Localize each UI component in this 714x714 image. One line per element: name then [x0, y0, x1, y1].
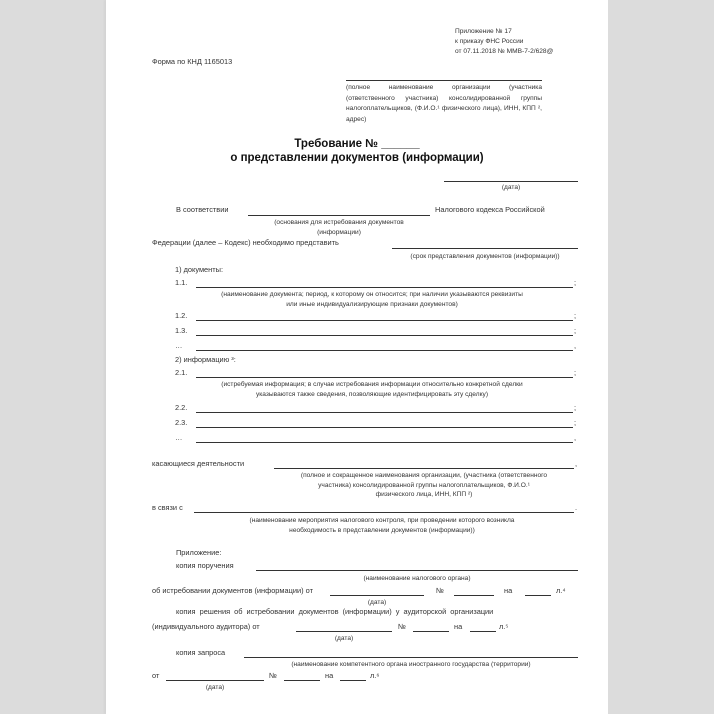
date-caption: (дата) — [444, 183, 578, 193]
doc-item-field[interactable] — [196, 320, 573, 321]
documents-caption: (наименование документа; период, к котор… — [166, 290, 578, 309]
caption-line: (основания для истребования документов — [248, 218, 430, 228]
recipient-field-line[interactable] — [346, 80, 542, 81]
basis-field-line[interactable] — [248, 215, 430, 216]
info-item-end: ; — [574, 403, 576, 412]
decision-sheets-label: л.⁵ — [499, 622, 508, 631]
doc-item-end: ; — [574, 311, 576, 320]
reason-caption: (наименование мероприятия налогового кон… — [186, 516, 578, 535]
caption-line: адрес) — [346, 115, 542, 126]
request-number-field[interactable] — [284, 680, 320, 681]
concerning-caption: (полное и сокращенное наименования орган… — [266, 471, 582, 500]
document-subtitle: о представлении документов (информации) — [106, 152, 608, 164]
doc-item-label: 1.3. — [175, 326, 187, 335]
caption-line: (наименование документа; период, к котор… — [166, 290, 578, 300]
decision-number-label: № — [398, 622, 406, 631]
request-date-prefix: от — [152, 671, 159, 680]
document-title: Требование № ______ — [106, 138, 608, 150]
order-number-field[interactable] — [454, 595, 494, 596]
order-copy-caption: (наименование налогового органа) — [256, 574, 578, 584]
caption-line: (ответственного участника) консолидирова… — [346, 94, 542, 105]
reason-prefix: в связи с — [152, 503, 183, 512]
info-item-end: ; — [574, 368, 576, 377]
doc-item-field[interactable] — [196, 335, 573, 336]
basis-prefix: В соответствии — [176, 205, 228, 214]
decision-copy-line: копия решения об истребовании документов… — [176, 607, 493, 616]
date-field-line[interactable] — [444, 181, 578, 182]
doc-item-label: … — [175, 341, 182, 350]
info-item-label: … — [175, 433, 182, 442]
caption-line: (полное наименование организации (участн… — [346, 83, 542, 94]
info-item-field[interactable] — [196, 377, 573, 378]
basis-caption: (основания для истребования документов (… — [248, 218, 430, 237]
request-date-caption: (дата) — [166, 683, 264, 693]
recipient-caption: (полное наименование организации (участн… — [346, 83, 542, 125]
doc-item-label: 1.2. — [175, 311, 187, 320]
decision-date-caption: (дата) — [296, 634, 392, 644]
concerning-end: , — [575, 459, 577, 468]
order-copy-prefix: копия поручения — [176, 561, 234, 570]
info-item-end: , — [574, 433, 576, 442]
info-item-field[interactable] — [196, 442, 573, 443]
info-item-field[interactable] — [196, 412, 573, 413]
caption-line: налогоплательщиков, (Ф.И.О.¹ физического… — [346, 104, 542, 115]
information-caption: (истребуемая информация; в случае истреб… — [166, 380, 578, 399]
basis-suffix: Налогового кодекса Российской — [435, 205, 545, 214]
decision-number-field[interactable] — [413, 631, 449, 632]
deadline-caption: (срок представления документов (информац… — [392, 252, 578, 262]
deadline-prefix: Федерации (далее – Кодекс) необходимо пр… — [152, 238, 339, 247]
deadline-field-line[interactable] — [392, 248, 578, 249]
info-item-label: 2.3. — [175, 418, 187, 427]
doc-item-field[interactable] — [196, 287, 573, 288]
documents-heading: 1) документы: — [175, 265, 223, 274]
appendix-note: Приложение № 17 к приказу ФНС России от … — [455, 27, 553, 57]
caption-line: физического лица, ИНН, КПП ²) — [266, 490, 582, 500]
request-sheets-label: л.⁶ — [370, 671, 379, 680]
info-item-field[interactable] — [196, 427, 573, 428]
request-copy-field[interactable] — [244, 657, 578, 658]
caption-line: необходимость в представлении документов… — [186, 526, 578, 536]
request-sheets-field[interactable] — [340, 680, 366, 681]
concerning-prefix: касающиеся деятельности — [152, 459, 244, 468]
order-copy-field[interactable] — [256, 570, 578, 571]
order-date-prefix: об истребовании документов (информации) … — [152, 586, 313, 595]
request-number-label: № — [269, 671, 277, 680]
doc-item-end: ; — [574, 326, 576, 335]
order-sheets-label: л.⁴ — [556, 586, 566, 595]
information-heading: 2) информацию ³: — [175, 355, 236, 364]
request-copy-prefix: копия запроса — [176, 648, 225, 657]
doc-item-label: 1.1. — [175, 278, 187, 287]
caption-line: участника) консолидированной группы нало… — [266, 481, 582, 491]
info-item-label: 2.1. — [175, 368, 187, 377]
attachment-heading: Приложение: — [176, 548, 221, 557]
doc-item-field[interactable] — [196, 350, 573, 351]
request-copy-caption: (наименование компетентного органа иност… — [244, 660, 578, 670]
doc-item-end: ; — [574, 278, 576, 287]
request-date-field[interactable] — [166, 680, 264, 681]
caption-line: (информации) — [248, 228, 430, 238]
decision-date-prefix: (индивидуального аудитора) от — [152, 622, 260, 631]
caption-line: (наименование мероприятия налогового кон… — [186, 516, 578, 526]
order-sheets-field[interactable] — [525, 595, 551, 596]
doc-item-end: , — [574, 341, 576, 350]
document-page: Приложение № 17 к приказу ФНС России от … — [106, 0, 608, 714]
caption-line: (полное и сокращенное наименования орган… — [266, 471, 582, 481]
reason-field[interactable] — [194, 512, 574, 513]
decision-on-label: на — [454, 622, 462, 631]
order-number-label: № — [436, 586, 444, 595]
order-on-label: на — [504, 586, 512, 595]
caption-line: указываются также сведения, позволяющие … — [166, 390, 578, 400]
appendix-line: от 07.11.2018 № ММВ-7-2/628@ — [455, 47, 553, 57]
info-item-label: 2.2. — [175, 403, 187, 412]
decision-date-field[interactable] — [296, 631, 392, 632]
reason-end: . — [575, 503, 577, 512]
appendix-line: Приложение № 17 — [455, 27, 553, 37]
order-date-field[interactable] — [330, 595, 424, 596]
form-code: Форма по КНД 1165013 — [152, 57, 232, 66]
concerning-field[interactable] — [274, 468, 574, 469]
caption-line: или иные индивидуализирующие признаки до… — [166, 300, 578, 310]
request-on-label: на — [325, 671, 333, 680]
caption-line: (истребуемая информация; в случае истреб… — [166, 380, 578, 390]
appendix-line: к приказу ФНС России — [455, 37, 553, 47]
info-item-end: ; — [574, 418, 576, 427]
decision-sheets-field[interactable] — [470, 631, 496, 632]
